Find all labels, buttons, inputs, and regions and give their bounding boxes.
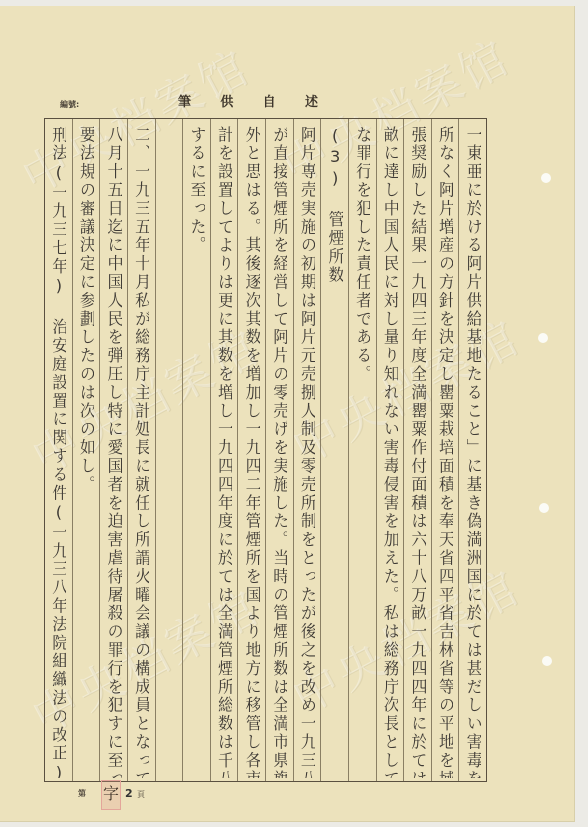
page-number: 2 [125,787,133,800]
page-prefix: 第 [78,788,86,799]
manuscript-column: な罪行を犯した責任者である。 [348,119,376,781]
manuscript-column: (3) 管煙所数 [320,119,348,781]
manuscript-column: 張奨励した結果一九四三年度全満罌粟作付面積は六十八万畝一九四四年に於ては実に七十… [403,119,431,781]
column-text: 外と思はる。其後逐次其数を増加し一九四二年管煙所を国より地方に移管し各市県旗に特… [244,126,260,778]
manuscript-column: 八月十五日迄に中国人民を弾圧し特に愛国者を迫害虐待屠殺の罪行を犯すに至った治安関… [99,119,127,781]
manuscript-column: するに至った。 [182,119,210,781]
column-text: 二、一九三五年十月私が総務庁主計処長に就任し所謂火曜会議の構成員となって以来一九… [133,126,149,778]
manuscript-column: が直接管煙所を経営して阿片の零売げを実施した。当時の管煙所数は全満市県旗の数は千… [265,119,293,781]
manuscript-column: 畝に達し中国人民に対し量り知れない害毒侵害を加えた。私は総務庁次長としてこの厳重 [376,119,404,781]
form-title-char: 自 [263,91,276,110]
manuscript-column: 阿片専売実施の初期は阿片元売捌人制及零売所制をとったが後之を改め一九三八年からは… [293,119,321,781]
binding-hole [539,503,549,513]
red-seal-stamp: 字 [101,780,121,810]
number-label: 編號: [60,99,79,110]
column-text: 要法規の審議決定に参劃したのは次の如し。 [78,126,94,778]
column-text: が直接管煙所を経営して阿片の零売げを実施した。当時の管煙所数は全満市県旗の数は千… [271,126,287,778]
column-text: 八月十五日迄に中国人民を弾圧し特に愛国者を迫害虐待屠殺の罪行を犯すに至った治安関… [105,126,121,778]
manuscript-column: 要法規の審議決定に参劃したのは次の如し。 [72,119,100,781]
column-text: 張奨励した結果一九四三年度全満罌粟作付面積は六十八万畝一九四四年に於ては実に七十… [409,126,425,778]
column-text: 畝に達し中国人民に対し量り知れない害毒侵害を加えた。私は総務庁次長としてこの厳重 [382,126,398,778]
form-title: 筆 供 自 述 [178,91,318,110]
page-suffix: 頁 [137,789,145,800]
manuscript-grid: 一東亜に於ける阿片供給基地たること」に基き偽満洲国に於ては甚だしい害毒を何等顧慮… [44,118,487,782]
manuscript-column: 外と思はる。其後逐次其数を増加し一九四二年管煙所を国より地方に移管し各市県旗に特… [237,119,265,781]
document-page: 中央档案馆 中央档案馆 中央档案馆 中央档案馆 中央档案馆 中央档案馆 編號: … [0,6,575,822]
manuscript-column: 二、一九三五年十月私が総務庁主計処長に就任し所謂火曜会議の構成員となって以来一九… [127,119,155,781]
column-text: 計を設置してよりは更に其数を増し一九四四年度に於ては全満管煙所総数は千八百ヶ所に… [216,126,232,778]
column-text: するに至った。 [188,126,204,778]
column-text: 阿片専売実施の初期は阿片元売捌人制及零売所制をとったが後之を改め一九三八年からは… [299,126,315,778]
manuscript-column: 計を設置してよりは更に其数を増し一九四四年度に於ては全満管煙所総数は千八百ヶ所に… [210,119,238,781]
column-text: (3) 管煙所数 [326,126,342,778]
form-title-char: 筆 [178,91,191,110]
column-text: 刑法(一九三七年) 治安庭設置に関する件(一九三八年法院組織法の改正) 一九四一… [50,126,66,778]
binding-hole [538,333,548,343]
manuscript-column: 一東亜に於ける阿片供給基地たること」に基き偽満洲国に於ては甚だしい害毒を何等顧慮… [458,119,486,781]
manuscript-column [155,119,183,781]
binding-hole [542,656,552,666]
manuscript-column: 刑法(一九三七年) 治安庭設置に関する件(一九三八年法院組織法の改正) 一九四一… [45,119,72,781]
form-title-char: 供 [220,91,233,110]
column-text: な罪行を犯した責任者である。 [354,126,370,778]
form-title-char: 述 [305,91,318,110]
binding-hole [541,173,551,183]
column-text: 一東亜に於ける阿片供給基地たること」に基き偽満洲国に於ては甚だしい害毒を何等顧慮… [465,126,481,778]
column-text: 所なく阿片増産の方針を決定し罌粟栽培面積を奉天省四平省吉林省等の平地を域にまで拡 [437,126,453,778]
manuscript-column: 所なく阿片増産の方針を決定し罌粟栽培面積を奉天省四平省吉林省等の平地を域にまで拡 [431,119,459,781]
